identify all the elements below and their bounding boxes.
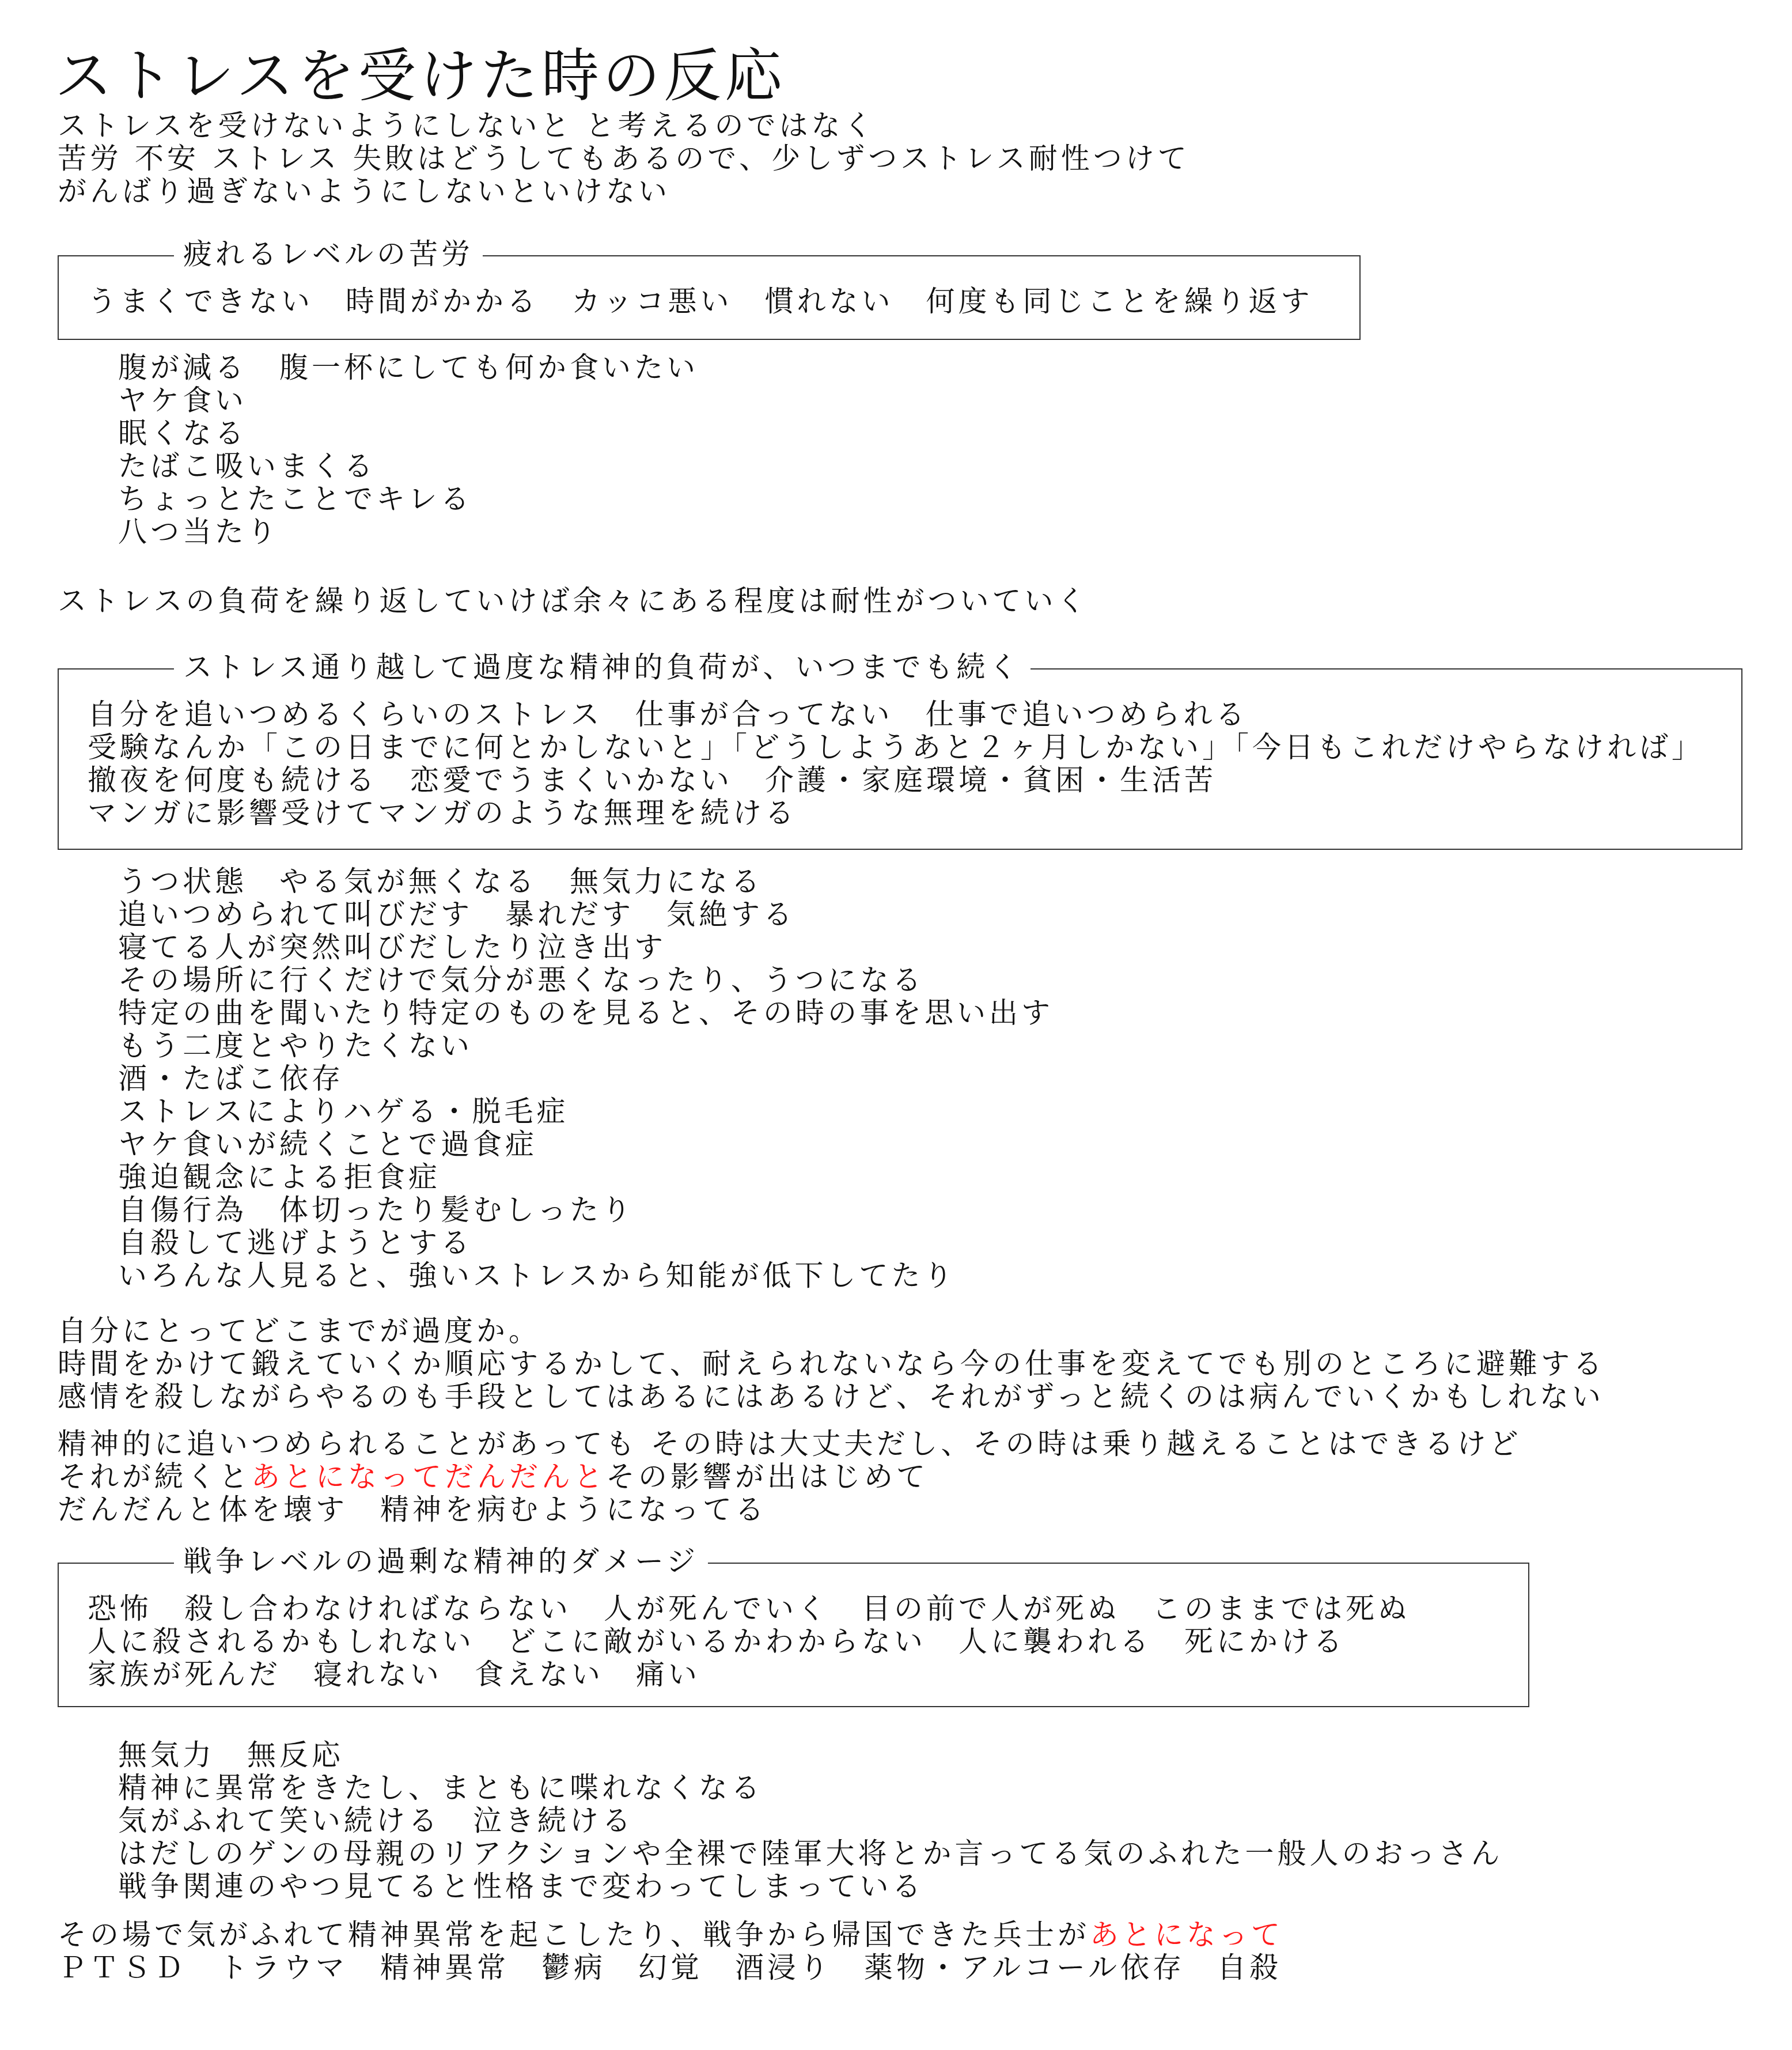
limit-paragraph: 自分にとってどこまでが過度か。 時間をかけて鍛えていくか順応するかして、耐えられ… (58, 1315, 1605, 1413)
intro-line: 苦労 不安 ストレス 失敗はどうしてもあるので、少しずつストレス耐性つけて (58, 142, 1190, 175)
box-line: 家族が死んだ 寝れない 食えない 痛い (88, 1658, 1410, 1691)
closing-paragraph: その場で気がふれて精神異常を起こしたり、戦争から帰国できた兵士があとになって Ｐ… (58, 1919, 1283, 1984)
paragraph-line: 精神的に追いつめられることがあっても その時は大丈夫だし、その時は乗り越えること… (58, 1428, 1521, 1461)
paragraph-line: 感情を殺しながらやるのも手段としてはあるにはあるけど、それがずっと続くのは病んで… (58, 1380, 1605, 1413)
box-legend: ストレス通り越して過度な精神的負荷が、いつまでも続く (174, 651, 1031, 684)
list-item: 腹が減る 腹一杯にしても何か食いたい (118, 351, 699, 384)
fatigue-reactions-list: 腹が減る 腹一杯にしても何か食いたい ヤケ食い 眠くなる たばこ吸いまくる ちょ… (118, 351, 699, 549)
list-item: 自傷行為 体切ったり髪むしったり (118, 1194, 1054, 1227)
delayed-effect-paragraph: 精神的に追いつめられることがあっても その時は大丈夫だし、その時は乗り越えること… (58, 1428, 1521, 1526)
war-reactions-list: 無気力 無反応 精神に異常をきたし、まともに喋れなくなる 気がふれて笑い続ける … (118, 1739, 1503, 1903)
intro-paragraph: ストレスを受けないようにしないと と考えるのではなく 苦労 不安 ストレス 失敗… (58, 109, 1190, 208)
paragraph-line: それが続くとあとになってだんだんとその影響が出はじめて (58, 1461, 1521, 1493)
list-item: 特定の曲を聞いたり特定のものを見ると、その時の事を思い出す (118, 997, 1054, 1030)
list-item: ちょっとたことでキレる (118, 483, 699, 516)
paragraph-text: その影響が出はじめて (606, 1460, 929, 1493)
box-line: マンガに影響受けてマンガのような無理を続ける (88, 797, 1704, 830)
paragraph-text: その場で気がふれて精神異常を起こしたり、戦争から帰国できた兵士が (58, 1918, 1090, 1951)
list-item: はだしのゲンの母親のリアクションや全裸で陸軍大将とか言ってる気のふれた一般人のお… (118, 1837, 1503, 1870)
list-item: 酒・たばこ依存 (118, 1062, 1054, 1095)
list-item: 強迫観念による拒食症 (118, 1161, 1054, 1194)
list-item: 戦争関連のやつ見てると性格まで変わってしまっている (118, 1870, 1503, 1903)
list-item: 寝てる人が突然叫びだしたり泣き出す (118, 931, 1054, 964)
intro-line: がんばり過ぎないようにしないといけない (58, 175, 1190, 208)
paragraph-line: だんだんと体を壊す 精神を病むようになってる (58, 1493, 1521, 1526)
list-item: ヤケ食い (118, 384, 699, 417)
list-item: ヤケ食いが続くことで過食症 (118, 1128, 1054, 1161)
list-item: いろんな人見ると、強いストレスから知能が低下してたり (118, 1259, 1054, 1292)
war-level-box: 戦争レベルの過剰な精神的ダメージ 恐怖 殺し合わなければならない 人が死んでいく… (58, 1563, 1529, 1707)
excessive-stress-reactions-list: うつ状態 やる気が無くなる 無気力になる 追いつめられて叫びだす 暴れだす 気絶… (118, 865, 1054, 1292)
list-item: ストレスによりハゲる・脱毛症 (118, 1095, 1054, 1128)
paragraph-line: 時間をかけて鍛えていくか順応するかして、耐えられないなら今の仕事を変えてでも別の… (58, 1348, 1605, 1380)
list-item: その場所に行くだけで気分が悪くなったり、うつになる (118, 964, 1054, 997)
box-legend: 戦争レベルの過剰な精神的ダメージ (174, 1545, 708, 1578)
box-line: 恐怖 殺し合わなければならない 人が死んでいく 目の前で人が死ぬ このままでは死… (88, 1593, 1410, 1625)
list-item: 追いつめられて叫びだす 暴れだす 気絶する (118, 898, 1054, 931)
excessive-stress-box: ストレス通り越して過度な精神的負荷が、いつまでも続く 自分を追いつめるくらいのス… (58, 668, 1742, 850)
box-line: 人に殺されるかもしれない どこに敵がいるかわからない 人に襲われる 死にかける (88, 1625, 1410, 1658)
list-item: もう二度とやりたくない (118, 1030, 1054, 1062)
fatigue-level-box: 疲れるレベルの苦労 うまくできない 時間がかかる カッコ悪い 慣れない 何度も同… (58, 255, 1361, 340)
paragraph-line: 自分にとってどこまでが過度か。 (58, 1315, 1605, 1348)
list-item: 精神に異常をきたし、まともに喋れなくなる (118, 1772, 1503, 1805)
intro-line: ストレスを受けないようにしないと と考えるのではなく (58, 109, 1190, 142)
highlight-text: あとになってだんだんと (251, 1460, 606, 1493)
list-item: 自殺して逃げようとする (118, 1227, 1054, 1259)
box-line: 受験なんか「この日までに何とかしないと」「どうしようあと２ヶ月しかない」「今日も… (88, 731, 1704, 764)
box-line: 自分を追いつめるくらいのストレス 仕事が合ってない 仕事で追いつめられる (88, 698, 1704, 731)
highlight-text: あとになって (1090, 1918, 1283, 1951)
paragraph-line: その場で気がふれて精神異常を起こしたり、戦争から帰国できた兵士があとになって (58, 1919, 1283, 1951)
list-item: 気がふれて笑い続ける 泣き続ける (118, 1805, 1503, 1837)
list-item: 眠くなる (118, 417, 699, 450)
box-legend: 疲れるレベルの苦労 (174, 238, 483, 271)
box-line: うまくできない 時間がかかる カッコ悪い 慣れない 何度も同じことを繰り返す (88, 285, 1313, 318)
list-item: たばこ吸いまくる (118, 450, 699, 483)
list-item: 無気力 無反応 (118, 1739, 1503, 1772)
paragraph-text: それが続くと (58, 1460, 251, 1493)
ptsd-list-line: ＰＴＳＤ トラウマ 精神異常 鬱病 幻覚 酒浸り 薬物・アルコール依存 自殺 (58, 1951, 1283, 1984)
box-line: 撤夜を何度も続ける 恋愛でうまくいかない 介護・家庭環境・貧困・生活苦 (88, 764, 1704, 797)
list-item: 八つ当たり (118, 516, 699, 549)
tolerance-note: ストレスの負荷を繰り返していけば余々にある程度は耐性がついていく (58, 585, 1089, 618)
page-title: ストレスを受けた時の反応 (55, 41, 786, 111)
list-item: うつ状態 やる気が無くなる 無気力になる (118, 865, 1054, 898)
